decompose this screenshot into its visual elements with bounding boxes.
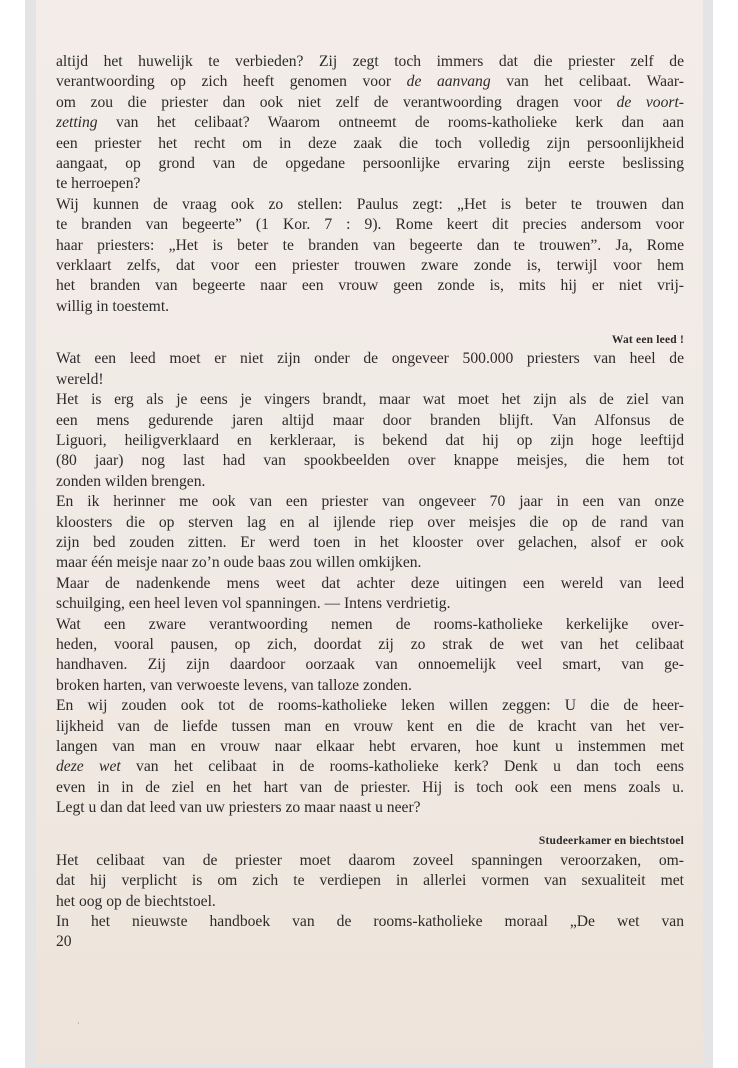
text-line: broken harten, van verwoeste levens, van…: [56, 676, 684, 696]
text-line: het oog op de biechtstoel.: [56, 892, 684, 912]
paragraph: altijd het huwelijk te verbieden? Zij ze…: [56, 52, 684, 195]
text-line: deze wet van het celibaat in de rooms-ka…: [56, 757, 684, 777]
text-line: verklaart zelfs, dat voor een priester t…: [56, 256, 684, 276]
text-line: het branden van begeerte naar een vrouw …: [56, 276, 684, 296]
text-line: even in in de ziel en het hart van de pr…: [56, 778, 684, 798]
text-line: zijn bed zouden zitten. Er werd toen in …: [56, 533, 684, 553]
paragraph: Het is erg als je eens je vingers brandt…: [56, 390, 684, 492]
paragraph: Wat een zware verantwoording nemen de ro…: [56, 615, 684, 697]
paper-speck: ˌ: [76, 1010, 81, 1026]
paragraph: En ik herinner me ook van een priester v…: [56, 492, 684, 574]
page-text: altijd het huwelijk te verbieden? Zij ze…: [56, 52, 684, 953]
text-line: zonden wilden brengen.: [56, 472, 684, 492]
text-line: dat hij verplicht is om zich te verdiepe…: [56, 871, 684, 891]
paragraph: Het celibaat van de priester moet daarom…: [56, 851, 684, 912]
text-line: Maar de nadenkende mens weet dat achter …: [56, 574, 684, 594]
text-line: En ik herinner me ook van een priester v…: [56, 492, 684, 512]
intro-paragraphs: altijd het huwelijk te verbieden? Zij ze…: [56, 52, 684, 317]
section-heading-wat-een-leed: Wat een leed !: [56, 329, 684, 349]
paragraph: Wij kunnen de vraag ook zo stellen: Paul…: [56, 195, 684, 317]
text-line: schuilging, een heel leven vol spanninge…: [56, 594, 684, 614]
text-line: wereld!: [56, 370, 684, 390]
text-line: om zou die priester dan ook niet zelf de…: [56, 93, 684, 113]
text-line: (80 jaar) nog last had van spookbeelden …: [56, 451, 684, 471]
text-line: zetting van het celibaat? Waarom ontneem…: [56, 113, 684, 133]
section-studeerkamer: Het celibaat van de priester moet daarom…: [56, 851, 684, 933]
text-line: Wat een leed moet er niet zijn onder de …: [56, 349, 684, 369]
section-heading-studeerkamer: Studeerkamer en biechtstoel: [56, 830, 684, 850]
section-wat-een-leed: Wat een leed moet er niet zijn onder de …: [56, 349, 684, 818]
text-line: langen van man en vrouw naar elkaar hebt…: [56, 737, 684, 757]
text-line: Wij kunnen de vraag ook zo stellen: Paul…: [56, 195, 684, 215]
text-line: een mens gedurende jaren altijd maar doo…: [56, 411, 684, 431]
paragraph: In het nieuwste handboek van de rooms-ka…: [56, 912, 684, 932]
text-line: een priester het recht om in deze zaak d…: [56, 134, 684, 154]
text-line: te herroepen?: [56, 174, 684, 194]
text-line: altijd het huwelijk te verbieden? Zij ze…: [56, 52, 684, 72]
text-line: Het is erg als je eens je vingers brandt…: [56, 390, 684, 410]
text-line: te branden van begeerte” (1 Kor. 7 : 9).…: [56, 215, 684, 235]
text-line: heden, vooral pausen, op zich, doordat z…: [56, 635, 684, 655]
text-line: Wat een zware verantwoording nemen de ro…: [56, 615, 684, 635]
text-line: maar één meisje naar zo’n oude baas zou …: [56, 553, 684, 573]
text-line: handhaven. Zij zijn daardoor oorzaak van…: [56, 655, 684, 675]
text-line: aangaat, op grond van de opgedane persoo…: [56, 154, 684, 174]
text-line: Legt u dan dat leed van uw priesters zo …: [56, 798, 684, 818]
text-line: verantwoording op zich heeft genomen voo…: [56, 72, 684, 92]
text-line: Het celibaat van de priester moet daarom…: [56, 851, 684, 871]
text-line: kloosters die op sterven lag en al ijlen…: [56, 513, 684, 533]
text-line: Liguori, heiligverklaard en kerkleraar, …: [56, 431, 684, 451]
paragraph: Maar de nadenkende mens weet dat achter …: [56, 574, 684, 615]
page-number: 20: [56, 932, 684, 952]
book-page: altijd het huwelijk te verbieden? Zij ze…: [36, 0, 703, 1064]
paragraph: En wij zouden ook tot de rooms-katholiek…: [56, 696, 684, 818]
paragraph: Wat een leed moet er niet zijn onder de …: [56, 349, 684, 390]
text-line: In het nieuwste handboek van de rooms-ka…: [56, 912, 684, 932]
text-line: En wij zouden ook tot de rooms-katholiek…: [56, 696, 684, 716]
text-line: lijkheid van de liefde tussen man en vro…: [56, 717, 684, 737]
text-line: haar priesters: „Het is beter te branden…: [56, 236, 684, 256]
text-line: willig in toestemt.: [56, 297, 684, 317]
